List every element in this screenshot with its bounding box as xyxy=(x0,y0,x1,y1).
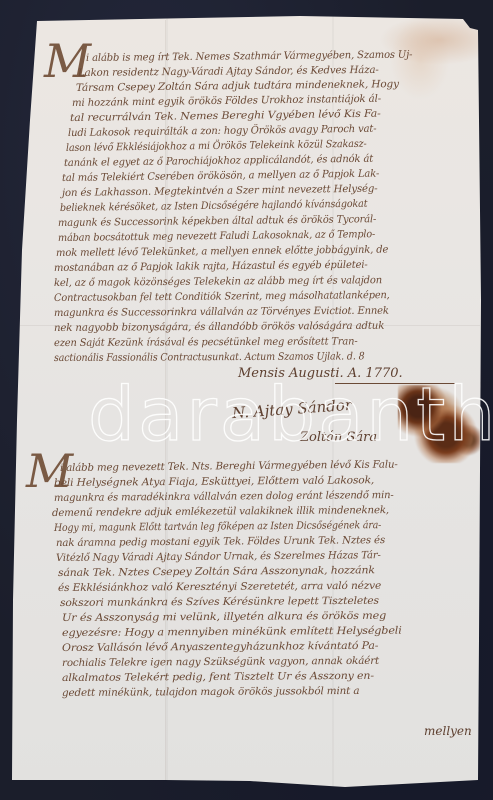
section-2-line: i alább meg nevezett Tek. Nts. Bereghi V… xyxy=(60,459,398,474)
section-2-line: rochialis Telekre igen nagy Szükségünk v… xyxy=(62,656,379,669)
section-2-line: beli Helységnek Atya Fiaja, Esküttyei, E… xyxy=(54,475,374,489)
watermark-text: darabanth xyxy=(88,378,493,452)
section-2-line: magunkra és maradékinkra vállalván ezen … xyxy=(54,490,394,504)
section-2-line: alkalmatos Telekért pedig, fent Tisztelt… xyxy=(62,671,374,684)
section-2-line: Vitézlő Nagy Váradi Ajtay Sándor Urnak, … xyxy=(56,550,381,564)
section-2-line: nak áramna pedig mostani egyik Tek. Föld… xyxy=(56,535,385,549)
section-2-line: Ur és Asszonyság mi velünk, illyetén alk… xyxy=(62,611,386,624)
section-2-line: demenű rendekre adjuk emlékezetül valaki… xyxy=(52,505,389,519)
catchword: mellyen xyxy=(424,724,472,738)
section-2-line: sának Tek. Nztes Csepey Zoltán Sára Assz… xyxy=(58,565,375,579)
section-2-line: Hogy mi, magunk Előtt tartván leg főképe… xyxy=(54,520,381,534)
section-2-line: sokszori munkánkra és Szíves Kérésünkre … xyxy=(60,596,379,609)
section-2-line: gedett minékünk, tulajdon magok örökös j… xyxy=(62,686,359,699)
section-2-line: és Ekklésiánkhoz való Keresztényi Szeret… xyxy=(58,581,381,594)
section-2-line: egyezésre: Hogy a mennyiben minékünk eml… xyxy=(62,626,402,639)
section-2-line: Orosz Vallásón lévő Anyaszentegyházunkho… xyxy=(62,641,378,654)
